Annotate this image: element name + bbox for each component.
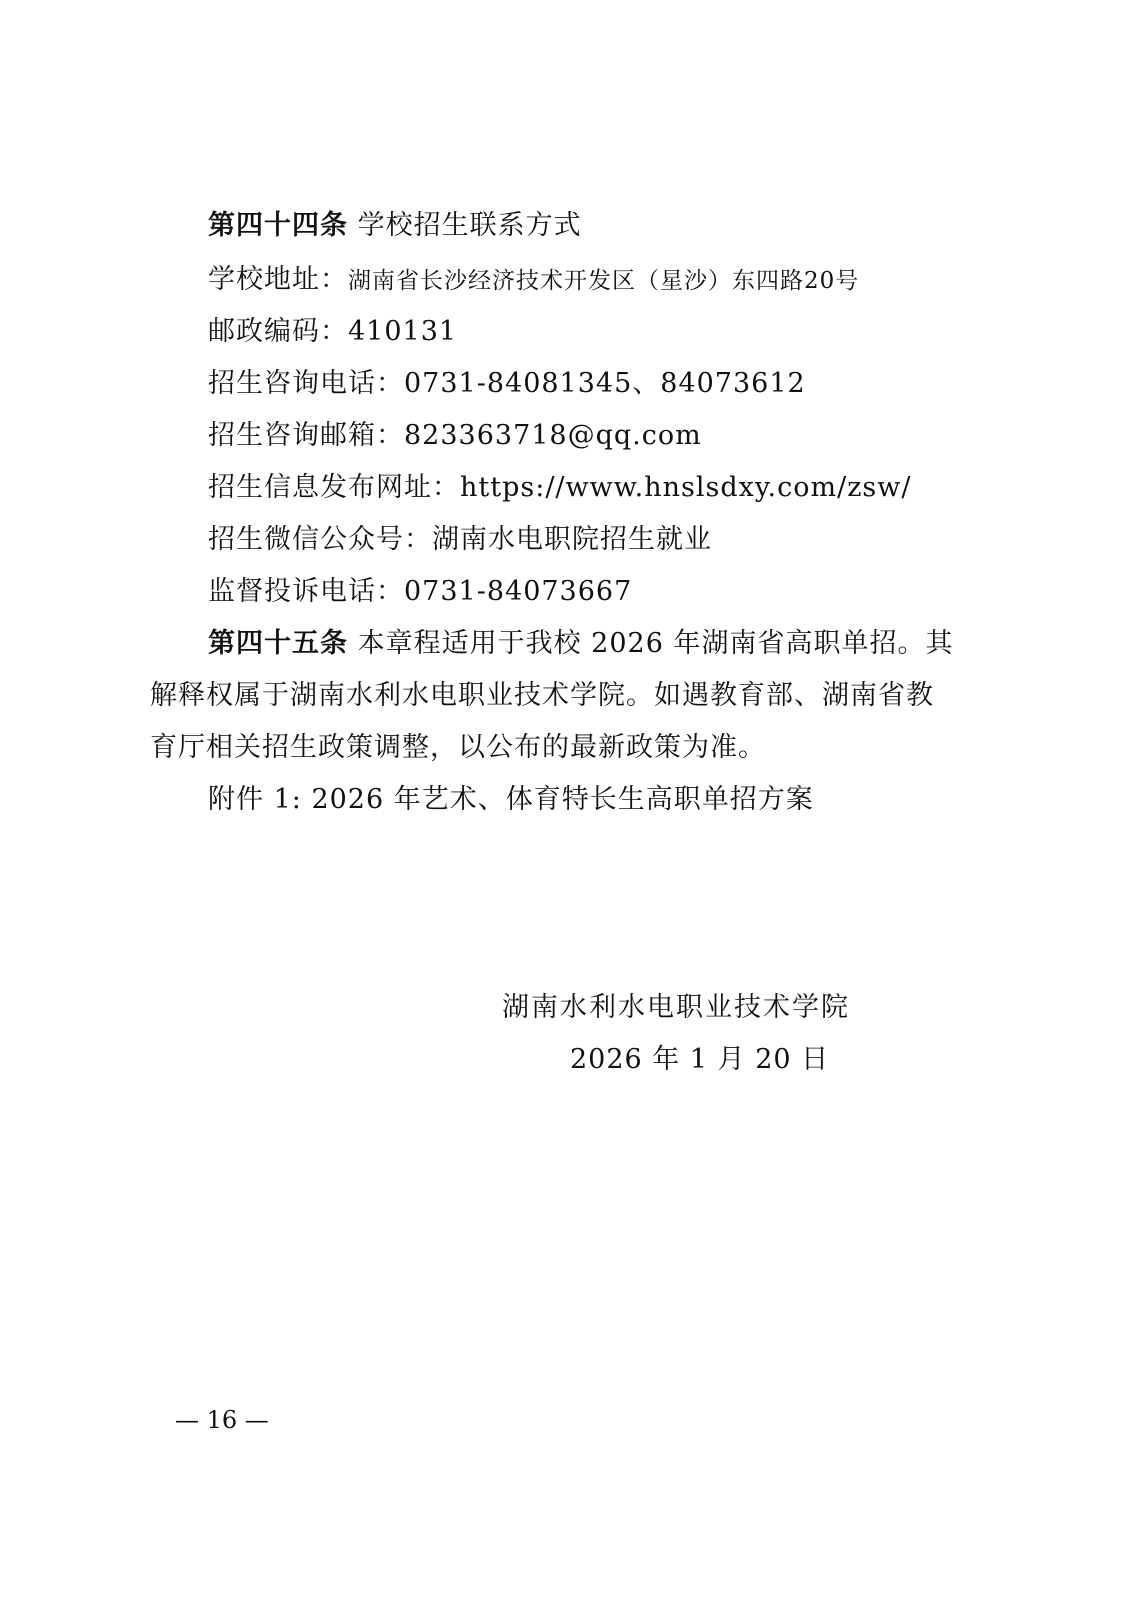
- article-45-line-3: 育厅相关招生政策调整，以公布的最新政策为准。: [150, 730, 766, 766]
- article-45-line-2: 解释权属于湖南水利水电职业技术学院。如遇教育部、湖南省教: [150, 678, 934, 714]
- signature-organization: 湖南水利水电职业技术学院: [502, 990, 850, 1026]
- page-number: — 16 —: [175, 1404, 269, 1436]
- contact-value: 0731-84073667: [404, 576, 632, 607]
- article-45-number: 第四十五条: [208, 628, 348, 659]
- contact-label: 招生咨询邮箱：: [208, 420, 404, 451]
- contact-label: 学校地址：: [208, 264, 348, 295]
- contact-value: 湖南省长沙经济技术开发区（星沙）东四路20号: [348, 268, 859, 294]
- contact-value: https://www.hnslsdxy.com/zsw/: [460, 472, 911, 503]
- contact-email: 招生咨询邮箱：823363718@qq.com: [208, 418, 702, 454]
- article-44-heading-line: 第四十四条 学校招生联系方式: [208, 208, 582, 244]
- contact-value: 410131: [348, 316, 457, 347]
- contact-value: 湖南水电职院招生就业: [432, 524, 712, 555]
- contact-address: 学校地址：湖南省长沙经济技术开发区（星沙）东四路20号: [208, 262, 859, 299]
- contact-value: 823363718@qq.com: [404, 420, 702, 451]
- contact-label: 招生微信公众号：: [208, 524, 432, 555]
- contact-postcode: 邮政编码：410131: [208, 314, 457, 350]
- contact-complaint-phone: 监督投诉电话：0731-84073667: [208, 574, 632, 610]
- contact-wechat: 招生微信公众号：湖南水电职院招生就业: [208, 522, 712, 558]
- article-44-title: 学校招生联系方式: [358, 210, 582, 241]
- article-45-line-1: 第四十五条 本章程适用于我校 2026 年湖南省高职单招。其: [208, 626, 953, 662]
- contact-label: 邮政编码：: [208, 316, 348, 347]
- contact-label: 招生咨询电话：: [208, 368, 404, 399]
- contact-phone: 招生咨询电话：0731-84081345、84073612: [208, 366, 806, 402]
- signature-date: 2026 年 1 月 20 日: [570, 1042, 829, 1078]
- contact-label: 招生信息发布网址：: [208, 472, 460, 503]
- article-44-number: 第四十四条: [208, 210, 348, 241]
- contact-value: 0731-84081345、84073612: [404, 368, 806, 399]
- contact-website: 招生信息发布网址：https://www.hnslsdxy.com/zsw/: [208, 470, 911, 506]
- attachment-note: 附件 1: 2026 年艺术、体育特长生高职单招方案: [208, 782, 814, 818]
- article-45-text: 本章程适用于我校 2026 年湖南省高职单招。其: [358, 628, 954, 659]
- contact-label: 监督投诉电话：: [208, 576, 404, 607]
